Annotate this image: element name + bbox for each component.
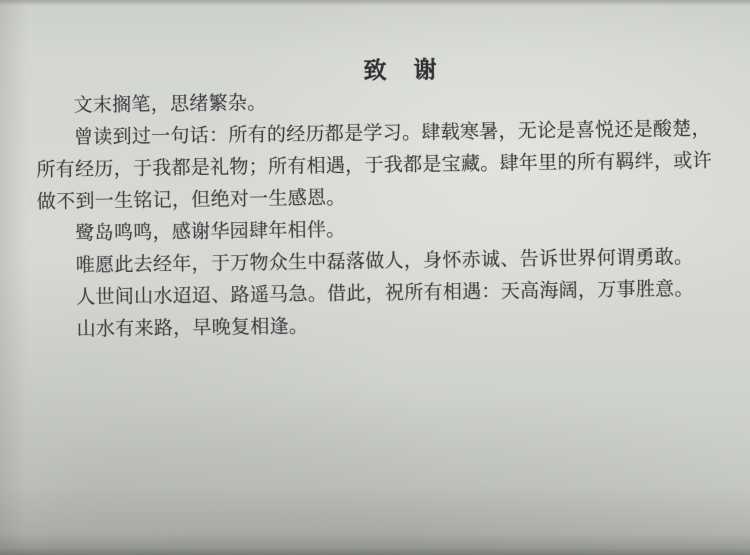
- paragraph: 曾读到过一句话：所有的经历都是学习。肆载寒暑，无论是喜悦还是酸楚，所有经历，于我…: [36, 113, 713, 218]
- photo-top-edge-shadow: [0, 0, 750, 6]
- photo-left-edge-shadow: [0, 0, 28, 555]
- photo-paper-background: 致 谢 文末搁笔，思绪繁杂。 曾读到过一句话：所有的经历都是学习。肆载寒暑，无论…: [0, 0, 750, 555]
- document-page: 致 谢 文末搁笔，思绪繁杂。 曾读到过一句话：所有的经历都是学习。肆载寒暑，无论…: [35, 45, 715, 346]
- photo-bottom-edge-shadow: [0, 485, 750, 555]
